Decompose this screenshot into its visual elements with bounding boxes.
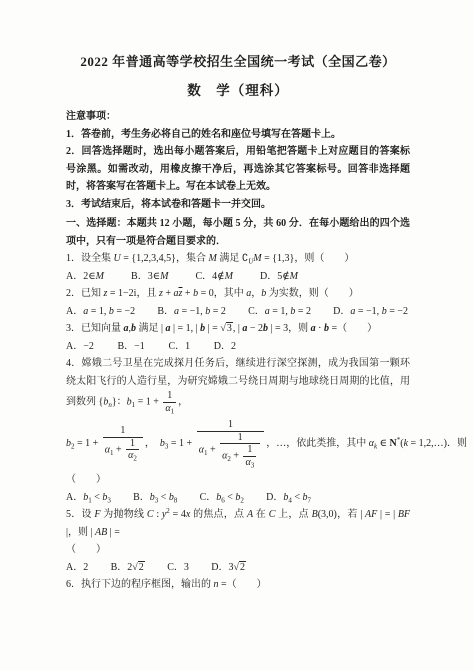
question-4-answer-blank: （ ） — [66, 471, 410, 489]
question-2-options: A．a = 1, b = −2 B．a = −1, b = 2 C．a = 1,… — [66, 303, 408, 321]
question-2-option-c: C．a = 1, b = 2 — [248, 303, 311, 321]
question-1-option-b: B．3∈M — [131, 268, 168, 286]
notice-item-1: 1．答卷前，考生务必将自己的姓名和座位号填写在答题卡上。 — [66, 126, 410, 144]
question-3-option-a: A．−2 — [66, 338, 94, 356]
notice-item-3: 3．考试结束后，将本试卷和答题卡一并交回。 — [66, 196, 410, 214]
question-6-stem: 6．执行下边的程序框图，输出的 n =（ ） — [66, 576, 410, 594]
question-2-option-a: A．a = 1, b = −2 — [66, 303, 135, 321]
question-5-options: A．2 B．22 C．3 D．32 — [66, 559, 246, 577]
question-4-stem: 4．嫦娥二号卫星在完成探月任务后，继续进行深空探测，成为我国第一颗环绕太阳飞行的… — [66, 355, 410, 414]
question-2-option-b: B．a = −1, b = 2 — [157, 303, 226, 321]
question-5-option-a: A．2 — [66, 559, 88, 577]
question-2-option-d: D．a = −1, b = −2 — [333, 303, 408, 321]
question-3-option-d: D．2 — [214, 338, 236, 356]
question-3-option-b: B．−1 — [118, 338, 145, 356]
question-1-option-a: A．2∈M — [66, 268, 104, 286]
question-4-option-d: D．b4 < b7 — [266, 489, 311, 507]
question-1-option-d: D．5∉M — [260, 268, 298, 286]
question-1-options: A．2∈M B．3∈M C．4∉M D．5∉M — [66, 268, 298, 286]
question-1-stem: 1．设全集 U = {1,2,3,4,5}，集合 M 满足 ∁UM = {1,3… — [66, 250, 410, 268]
question-4-option-c: C．b6 < b2 — [200, 489, 244, 507]
question-4-option-b: B．b3 < b8 — [133, 489, 177, 507]
question-2-stem: 2．已知 z = 1−2i，且 z + az + b = 0，其中 a，b 为实… — [66, 285, 410, 303]
question-4-option-a: A．b1 < b3 — [66, 489, 111, 507]
question-5-stem: 5．设 F 为抛物线 C : y2 = 4x 的焦点，点 A 在 C 上，点 B… — [66, 506, 410, 541]
question-5-option-c: C．3 — [167, 559, 189, 577]
exam-subtitle: 数 学（理科） — [66, 81, 410, 101]
exam-paper-page: 2022 年普通高等学校招生全国统一考试（全国乙卷） 数 学（理科） 注意事项：… — [0, 0, 474, 670]
notice-item-2: 2．回答选择题时，选出每小题答案后，用铅笔把答题卡上对应题目的答案标号涂黑。如需… — [66, 143, 410, 196]
question-5-option-d: D．32 — [211, 559, 246, 577]
question-3-stem: 3．已知向量 a,b 满足 | a | = 1, | b | = 3, | a … — [66, 320, 410, 338]
question-4-math-line: b2 = 1 + 1α1 + 1α2， b3 = 1 + 1α1 + 1α2 +… — [66, 419, 410, 468]
question-5-answer-blank: （ ） — [66, 541, 410, 559]
question-1-option-c: C．4∉M — [196, 268, 233, 286]
exam-title: 2022 年普通高等学校招生全国统一考试（全国乙卷） — [66, 52, 410, 72]
question-5-option-b: B．22 — [111, 559, 145, 577]
notice-heading: 注意事项： — [66, 108, 410, 126]
question-3-option-c: C．1 — [168, 338, 190, 356]
section-heading: 一、选择题：本题共 12 小题，每小题 5 分，共 60 分．在每小题给出的四个… — [66, 215, 410, 250]
question-3-options: A．−2 B．−1 C．1 D．2 — [66, 338, 236, 356]
question-4-options: A．b1 < b3 B．b3 < b8 C．b6 < b2 D．b4 < b7 — [66, 489, 311, 507]
